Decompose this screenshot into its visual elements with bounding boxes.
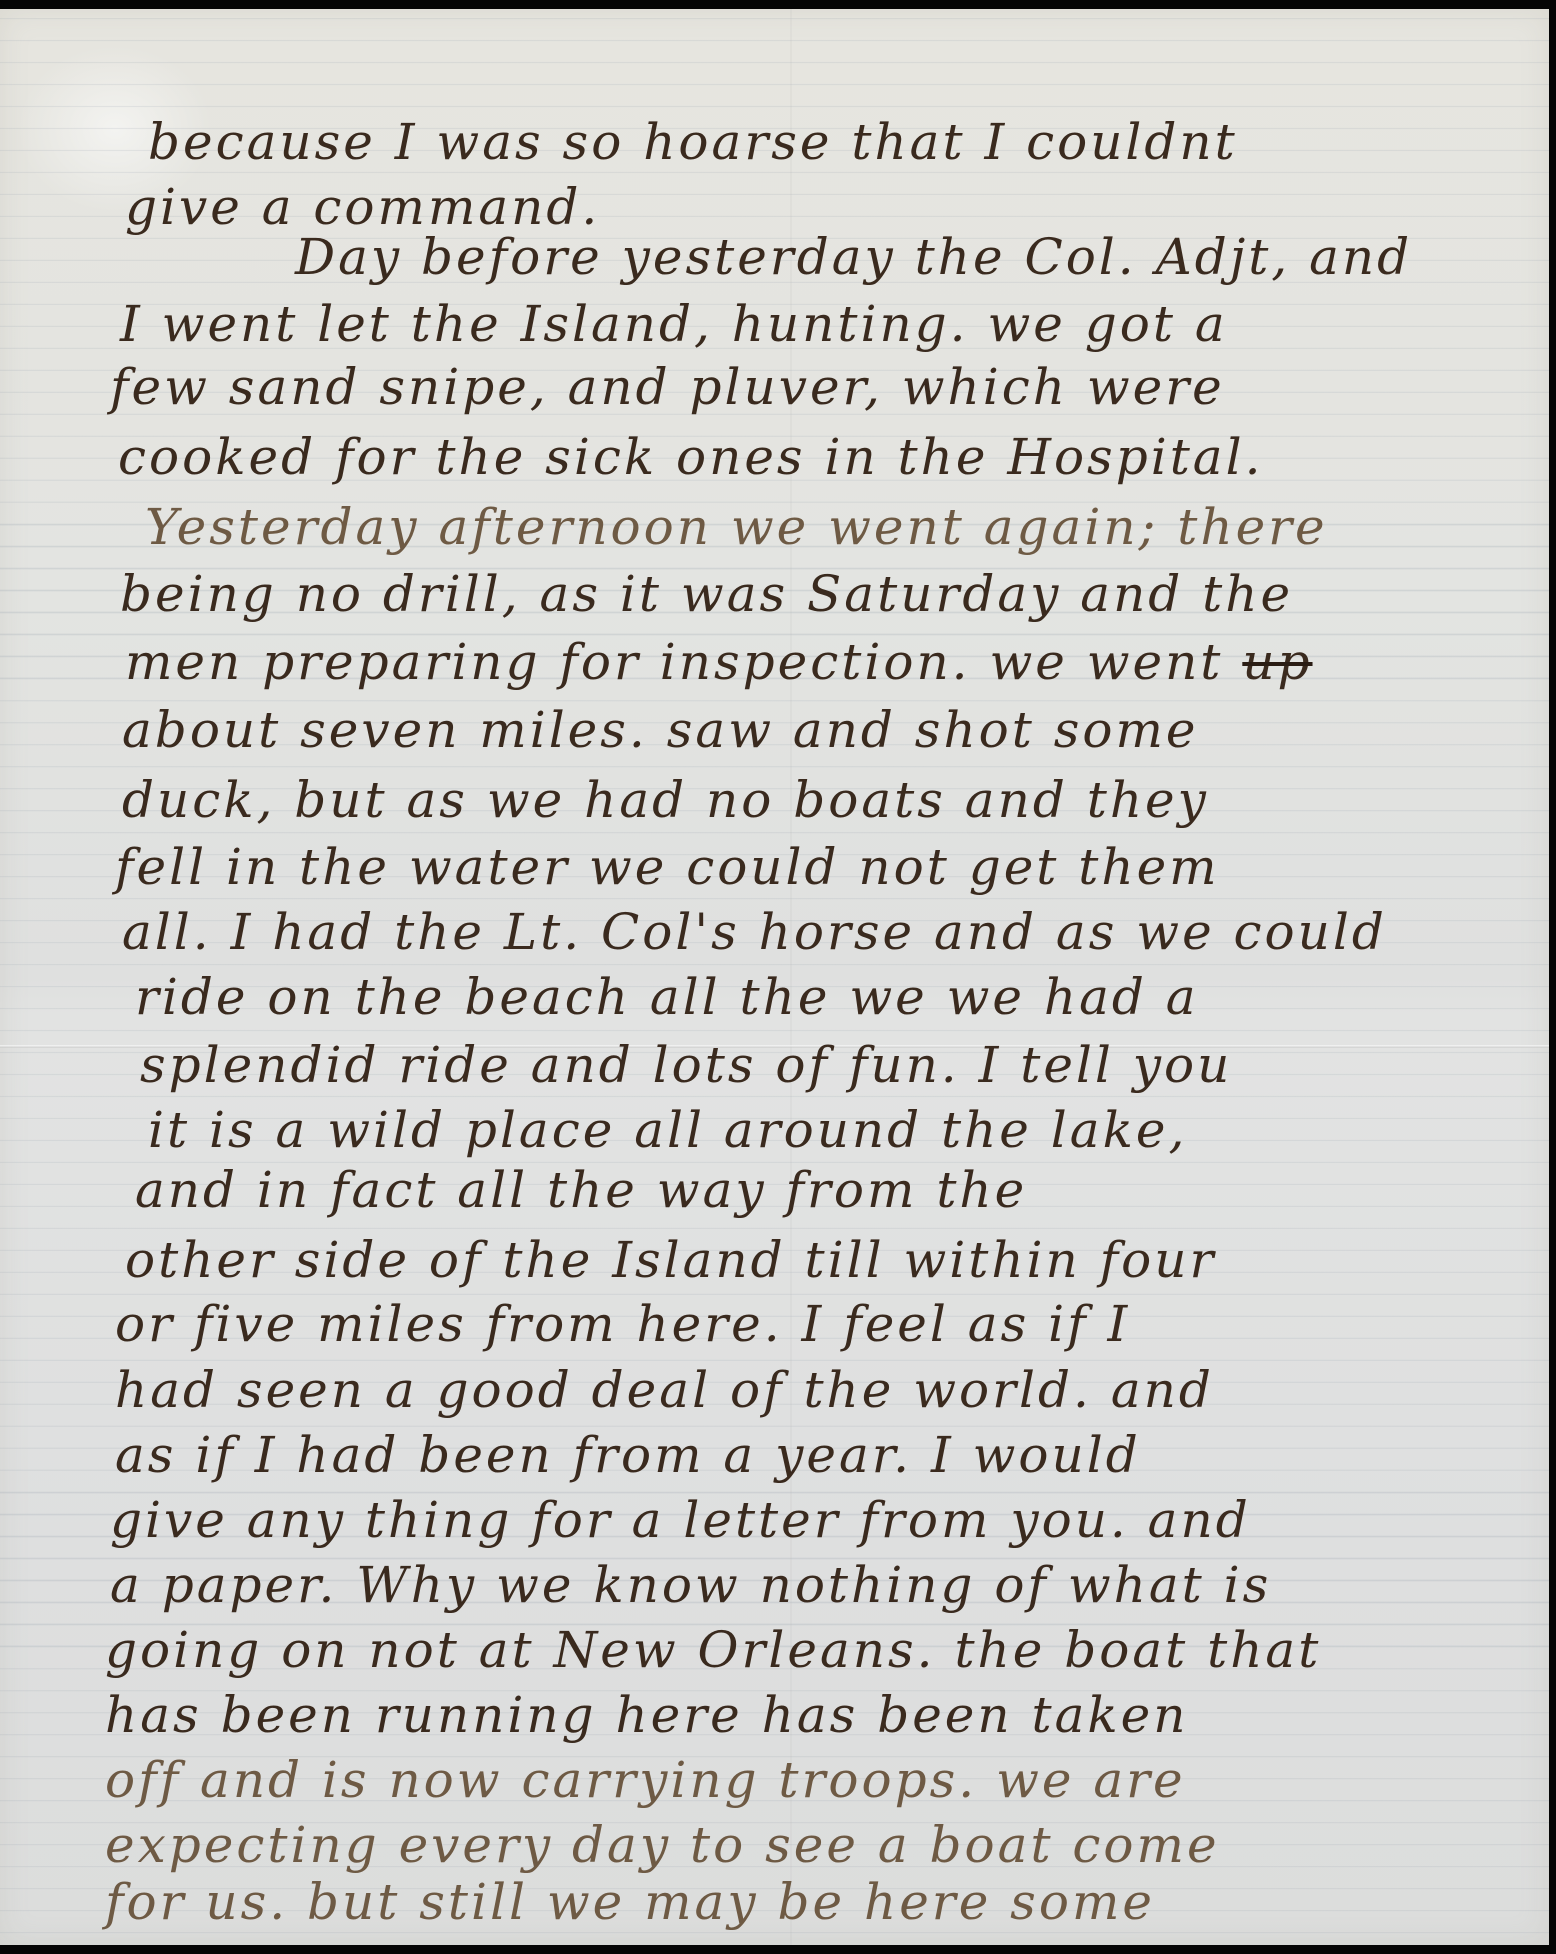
letter-line-18: other side of the Island till within fou… xyxy=(125,1235,1216,1285)
letter-line-12: fell in the water we could not get them xyxy=(115,842,1220,892)
letter-line-1: because I was so hoarse that I couldnt xyxy=(148,117,1238,167)
letter-line-28: for us. but still we may be here some xyxy=(105,1877,1155,1927)
letter-line-23: a paper. Why we know nothing of what is xyxy=(110,1560,1271,1610)
letter-line-7: Yesterday afternoon we went again; there xyxy=(145,502,1328,552)
letter-line-2: give a command. xyxy=(125,182,600,232)
letter-paper: because I was so hoarse that I couldnt g… xyxy=(0,9,1549,1945)
letter-line-6: cooked for the sick ones in the Hospital… xyxy=(118,432,1264,482)
letter-line-19: or five miles from here. I feel as if I xyxy=(115,1299,1130,1349)
letter-line-25: has been running here has been taken xyxy=(105,1690,1188,1740)
letter-line-11: duck, but as we had no boats and they xyxy=(122,775,1209,825)
struck-word: up xyxy=(1242,633,1312,691)
letter-line-24: going on not at New Orleans. the boat th… xyxy=(105,1625,1321,1675)
letter-line-8: being no drill, as it was Saturday and t… xyxy=(120,569,1293,619)
letter-line-26: off and is now carrying troops. we are xyxy=(105,1755,1186,1805)
letter-line-20: had seen a good deal of the world. and xyxy=(115,1365,1214,1415)
letter-body: because I was so hoarse that I couldnt g… xyxy=(0,9,1549,1945)
letter-line-14: ride on the beach all the we we had a xyxy=(135,972,1199,1022)
letter-line-17: and in fact all the way from the xyxy=(135,1165,1027,1215)
letter-line-10: about seven miles. saw and shot some xyxy=(122,705,1199,755)
letter-line-16: it is a wild place all around the lake, xyxy=(148,1105,1187,1155)
letter-line-15: splendid ride and lots of fun. I tell yo… xyxy=(140,1040,1232,1090)
letter-line-3: Day before yesterday the Col. Adjt, and xyxy=(295,232,1412,282)
letter-line-27: expecting every day to see a boat come xyxy=(105,1820,1220,1870)
letter-line-4: I went let the Island, hunting. we got a xyxy=(120,299,1228,349)
letter-line-22: give any thing for a letter from you. an… xyxy=(110,1495,1251,1545)
letter-line-5: few sand snipe, and pluver, which were xyxy=(110,362,1225,412)
letter-line-21: as if I had been from a year. I would xyxy=(115,1430,1141,1480)
letter-line-9: men preparing for inspection. we went up xyxy=(125,637,1313,687)
letter-line-9-text: men preparing for inspection. we went xyxy=(125,633,1223,691)
letter-line-13: all. I had the Lt. Col's horse and as we… xyxy=(122,907,1387,957)
